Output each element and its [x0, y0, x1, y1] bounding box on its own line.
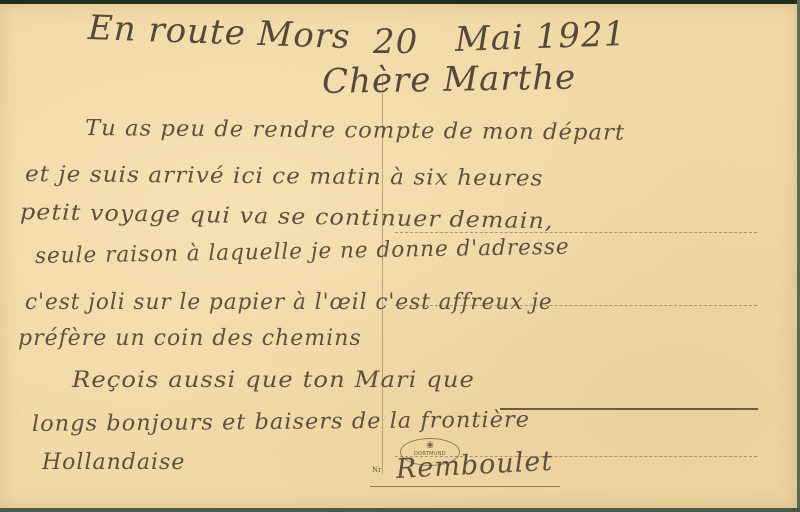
letter-line-1: Tu as peu de rendre compte de mon départ [85, 116, 625, 146]
letter-line-5: c'est joli sur le papier à l'œil c'est a… [25, 290, 553, 315]
place-line: En route Mors [87, 8, 351, 57]
card-number-underline [370, 486, 560, 487]
letter-line-8: longs bonjours et baisers de la frontièr… [32, 408, 530, 437]
letter-line-9: Hollandaise [42, 450, 185, 475]
postcard: ❀ DORTMUND Nr En route Mors 20 Mai 1921 … [0, 4, 797, 508]
underline-stroke [500, 408, 758, 410]
date-day: 20 [373, 22, 418, 62]
letter-line-2: et je suis arrivé ici ce matin à six heu… [25, 162, 544, 192]
letter-line-4: seule raison à laquelle je ne donne d'ad… [35, 235, 570, 269]
letter-line-3: petit voyage qui va se continuer demain, [20, 200, 554, 234]
date-month-year: Mai 1921 [454, 14, 627, 60]
scan-border-bottom [0, 508, 800, 512]
publisher-monogram-icon: ❀ [401, 442, 459, 451]
letter-line-6: préfère un coin des chemins [18, 326, 362, 351]
letter-line-7: Reçois aussi que ton Mari que [72, 368, 475, 393]
salutation: Chère Marthe [322, 58, 577, 102]
card-number-label: Nr [372, 466, 381, 474]
